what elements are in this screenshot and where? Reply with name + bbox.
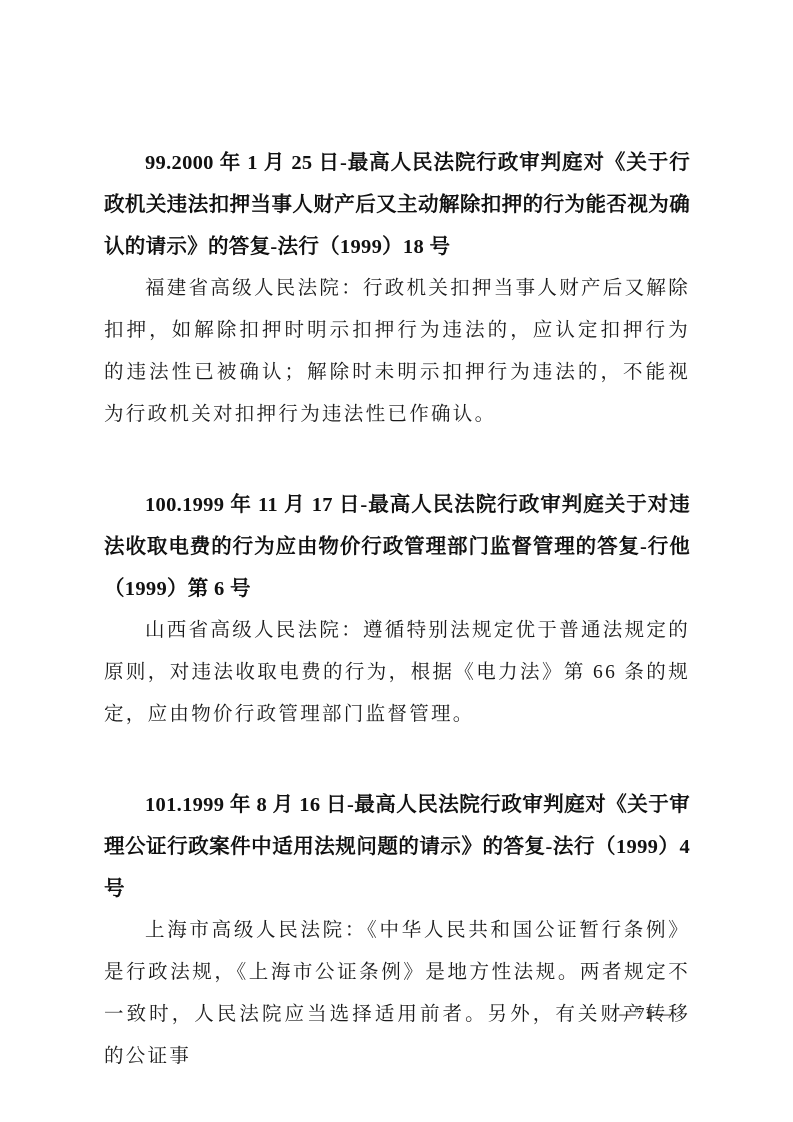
- section-heading: 100.1999 年 11 月 17 日-最高人民法院行政审判庭关于对违法收取电…: [104, 484, 690, 610]
- document-page: 99.2000 年 1 月 25 日-最高人民法院行政审判庭对《关于行政机关违法…: [104, 142, 690, 1122]
- section-heading: 101.1999 年 8 月 16 日-最高人民法院行政审判庭对《关于审理公证行…: [104, 784, 690, 910]
- section-99: 99.2000 年 1 月 25 日-最高人民法院行政审判庭对《关于行政机关违法…: [104, 142, 690, 436]
- page-number: —71—: [619, 1004, 670, 1024]
- section-heading: 99.2000 年 1 月 25 日-最高人民法院行政审判庭对《关于行政机关违法…: [104, 142, 690, 268]
- section-body: 上海市高级人民法院：《中华人民共和国公证暂行条例》是行政法规，《上海市公证条例》…: [104, 910, 690, 1078]
- section-101: 101.1999 年 8 月 16 日-最高人民法院行政审判庭对《关于审理公证行…: [104, 784, 690, 1078]
- section-body: 山西省高级人民法院：遵循特别法规定优于普通法规定的原则，对违法收取电费的行为，根…: [104, 610, 690, 736]
- section-100: 100.1999 年 11 月 17 日-最高人民法院行政审判庭关于对违法收取电…: [104, 484, 690, 736]
- section-body: 福建省高级人民法院：行政机关扣押当事人财产后又解除扣押，如解除扣押时明示扣押行为…: [104, 268, 690, 436]
